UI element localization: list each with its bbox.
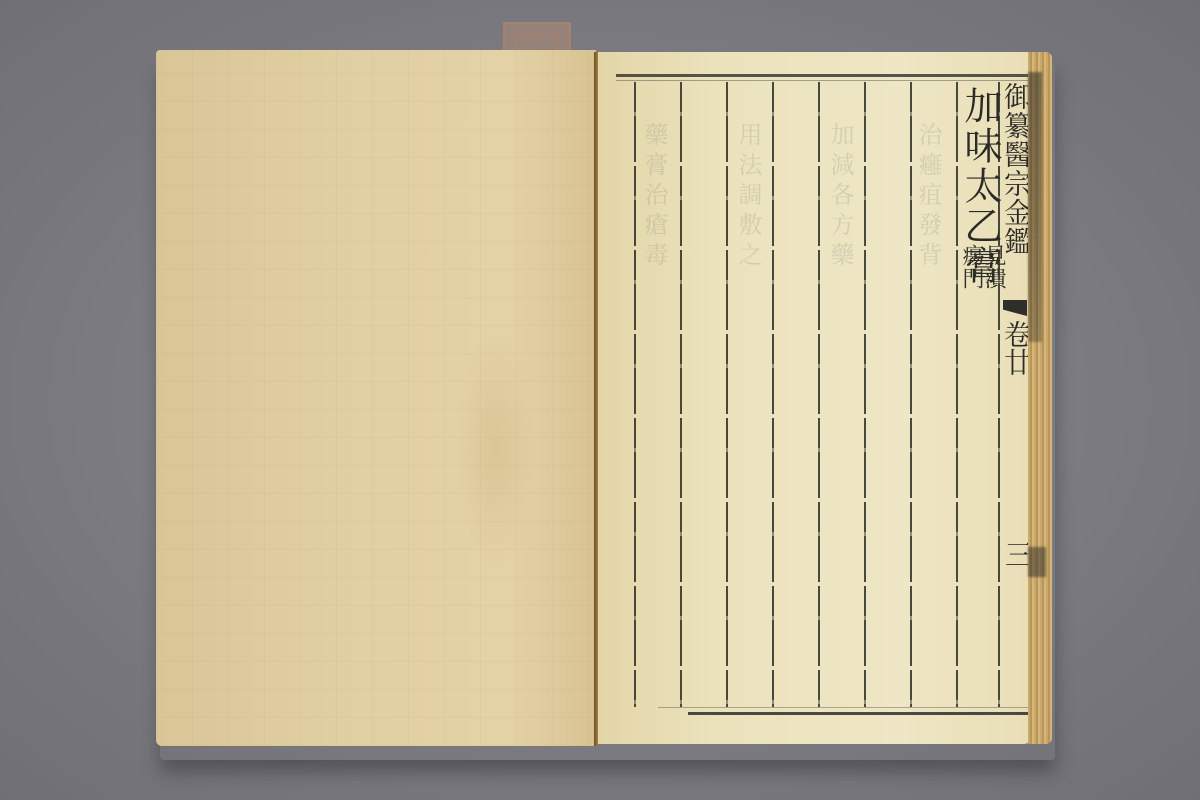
frame-border-top: [616, 74, 1030, 77]
show-through-text: 用法調敷之: [738, 122, 766, 272]
left-page-blank: [156, 50, 596, 746]
show-through-text: 藥膏治瘡毒: [644, 122, 672, 272]
frame-border-top-inner: [616, 80, 1030, 81]
margin-book-title: 御纂醫宗金鑑: [1002, 82, 1030, 256]
fish-tail-mark: [1003, 300, 1027, 316]
column-rule: [772, 82, 774, 707]
edge-ink-bleed: [1028, 72, 1042, 342]
volume-label: 卷廿: [1002, 320, 1030, 376]
paper-stain: [456, 330, 536, 570]
column-rule: [818, 82, 820, 707]
show-through-text: 治癰疽發背: [918, 122, 946, 272]
frame-border-bottom: [688, 712, 1030, 715]
column-rule: [634, 82, 636, 707]
column-rule: [726, 82, 728, 707]
book-fore-edge: [1028, 52, 1052, 744]
column-rule: [680, 82, 682, 707]
page-number: 三: [1003, 540, 1030, 568]
cross-reference-note: 瘍門: [960, 244, 982, 290]
frame-border-bottom-inner: [658, 707, 1030, 708]
right-page-text: 藥膏治瘡毒 用法調敷之 加減各方藥 治癰疽發背 加味太乙膏 見潰 瘍門 御纂醫宗…: [598, 52, 1030, 744]
edge-ink-bleed: [1028, 547, 1046, 577]
column-rule: [864, 82, 866, 707]
show-through-text: 加減各方藥: [830, 122, 858, 272]
